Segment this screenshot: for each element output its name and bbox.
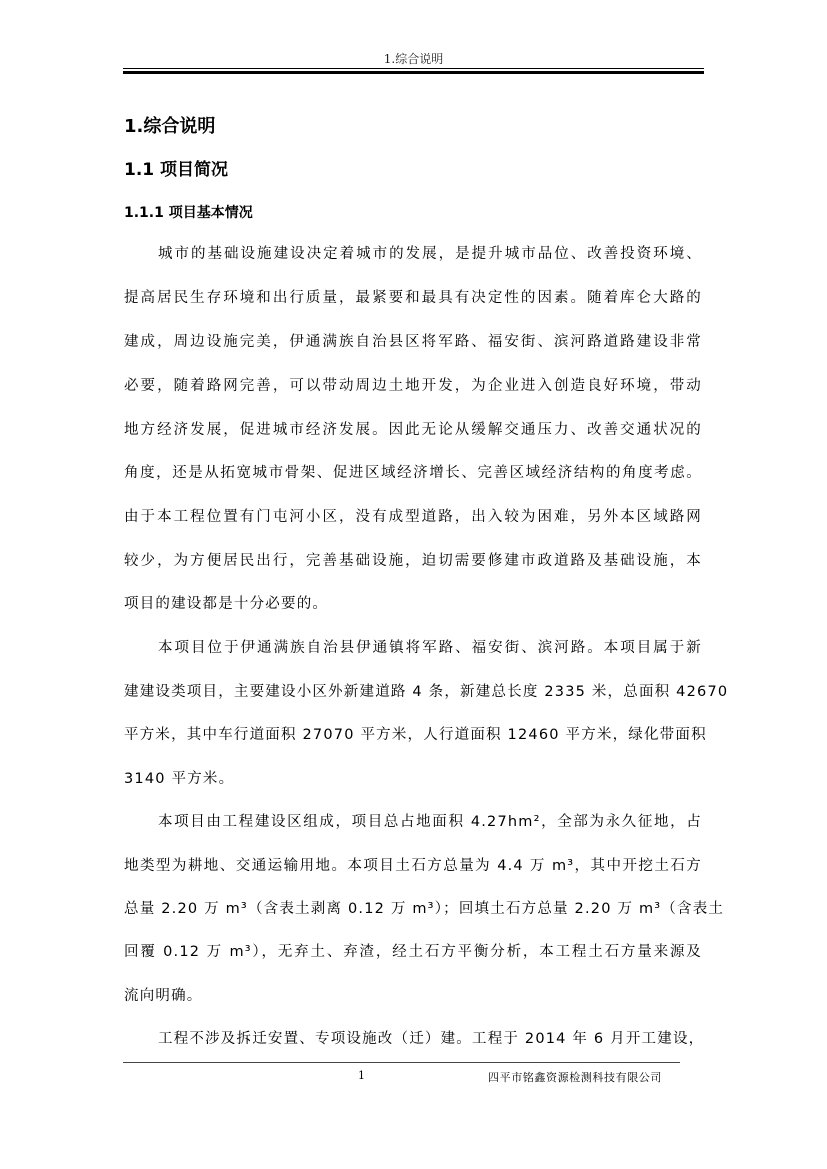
- paragraph-3-line-1: 本项目由工程建设区组成，项目总占地面积 4.27hm²，全部为永久征地，占: [158, 810, 702, 831]
- paragraph-1-line-9: 项目的建设都是十分必要的。: [124, 592, 702, 613]
- paragraph-3-line-2: 地类型为耕地、交通运输用地。本项目土石方总量为 4.4 万 m³，其中开挖土石方: [124, 854, 702, 875]
- paragraph-3-line-3: 总量 2.20 万 m³（含表土剥离 0.12 万 m³）；回填土石方总量 2.…: [124, 897, 702, 918]
- heading-level-3: 1.1.1 项目基本情况: [124, 202, 253, 222]
- paragraph-2-line-4: 3140 平方米。: [124, 767, 702, 788]
- header-rule-thick: [123, 71, 704, 74]
- company-name: 四平市铭鑫资源检测科技有限公司: [488, 1069, 662, 1085]
- paragraph-1-line-4: 必要，随着路网完善，可以带动周边土地开发，为企业进入创造良好环境，带动: [124, 374, 702, 395]
- paragraph-4-line-1: 工程不涉及拆迁安置、专项设施改（迁）建。工程于 2014 年 6 月开工建设，: [158, 1027, 702, 1048]
- heading-level-1: 1.综合说明: [124, 112, 215, 138]
- paragraph-1-line-2: 提高居民生存环境和出行质量，最紧要和最具有决定性的因素。随着库仑大路的: [124, 286, 702, 307]
- paragraph-3-line-4: 回覆 0.12 万 m³），无弃土、弃渣，经土石方平衡分析，本工程土石方量来源及: [124, 940, 702, 961]
- heading-level-2: 1.1 项目简况: [124, 155, 228, 180]
- paragraph-2-line-2: 建建设类项目，主要建设小区外新建道路 4 条，新建总长度 2335 米，总面积 …: [124, 680, 702, 701]
- paragraph-2-line-1: 本项目位于伊通满族自治县伊通镇将军路、福安街、滨河路。本项目属于新: [158, 636, 702, 657]
- header-rule-thin: [123, 68, 704, 69]
- paragraph-1-line-7: 由于本工程位置有门屯河小区，没有成型道路，出入较为困难，另外本区域路网: [124, 505, 702, 526]
- header-title: 1.综合说明: [0, 50, 827, 67]
- paragraph-2-line-3: 平方米，其中车行道面积 27070 平方米，人行道面积 12460 平方米，绿化…: [124, 723, 702, 744]
- paragraph-1-line-8: 较少，为方便居民出行，完善基础设施，迫切需要修建市政道路及基础设施，本: [124, 549, 702, 570]
- paragraph-1-line-1: 城市的基础设施建设决定着城市的发展，是提升城市品位、改善投资环境、: [158, 242, 702, 263]
- footer-rule: [123, 1062, 680, 1063]
- paragraph-1-line-6: 角度，还是从拓宽城市骨架、促进区域经济增长、完善区域经济结构的角度考虑。: [124, 461, 702, 482]
- paragraph-3-line-5: 流向明确。: [124, 984, 702, 1005]
- paragraph-1-line-3: 建成，周边设施完美，伊通满族自治县区将军路、福安街、滨河路道路建设非常: [124, 330, 702, 351]
- page-number: 1: [358, 1069, 365, 1082]
- paragraph-1-line-5: 地方经济发展，促进城市经济发展。因此无论从缓解交通压力、改善交通状况的: [124, 418, 702, 439]
